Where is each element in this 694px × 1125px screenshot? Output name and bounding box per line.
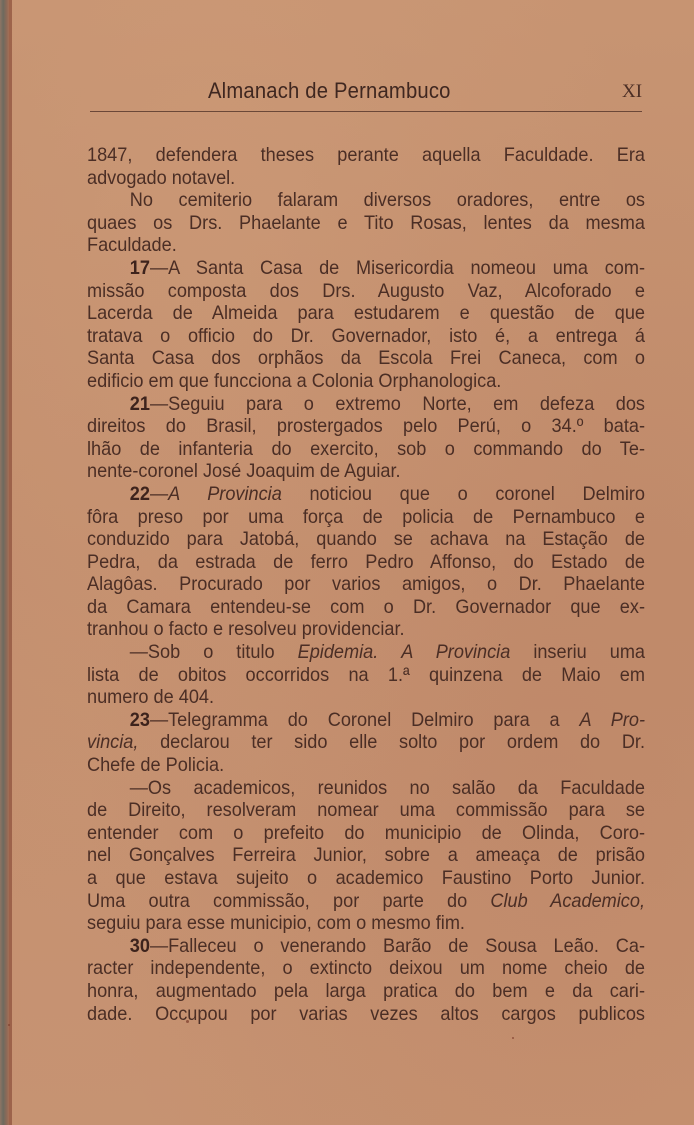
newspaper-title: A Provincia [401,641,510,663]
text-line: Alagôas. Procurado por varios amigos, o … [87,573,645,596]
entry-number: 23 [130,709,150,731]
newspaper-title: A Provincia [168,483,282,505]
book-binding-edge [0,0,9,1125]
text-line: —Os academicos, reunidos no salão da Fac… [87,777,645,800]
text-line: racter independente, o extincto deixou u… [87,957,645,980]
entry-17-first-line: 17—A Santa Casa de Misericordia nomeou u… [87,257,645,280]
text-line: Faculdade. [87,234,645,257]
club-name: Club Academico, [490,890,645,912]
text-line: Chefe de Policia. [87,754,645,777]
text-line: entender com o prefeito do municipio de … [87,822,645,845]
text-line: a que estava sujeito o academico Faustin… [87,867,645,890]
text-line: honra, augmentado pela larga pratica do … [87,980,645,1003]
text-line: conduzido para Jatobá, quando se achava … [87,528,645,551]
page-header: Almanach de Pernambuco XI [0,78,694,110]
text-line: No cemiterio falaram diversos oradores, … [87,189,645,212]
text-line: dade. Occupou por varias vezes altos car… [87,1003,645,1026]
text-line: fôra preso por uma força de policia de P… [87,506,645,529]
entry-30-first-line: 30—Falleceu o venerando Barão de Sousa L… [87,935,645,958]
entry-number: 17 [130,257,150,279]
text-line: missão composta dos Drs. Augusto Vaz, Al… [87,280,645,303]
text-line: Santa Casa dos orphãos da Escola Frei Ca… [87,347,645,370]
text-line: 1847, defendera theses perante aquella F… [87,144,645,167]
entry-number: 21 [130,393,150,415]
entry-number: 22 [130,483,150,505]
page-body: 1847, defendera theses perante aquella F… [87,144,645,1025]
text-line: edificio em que funcciona a Colonia Orph… [87,370,645,393]
paper-speck [512,1037,514,1039]
paper-speck [8,1024,10,1026]
epidemia-first-line: —Sob o titulo Epidemia. A Provincia inse… [87,641,645,664]
text-line: direitos do Brasil, prostergados pelo Pe… [87,415,645,438]
text-line: quaes os Drs. Phaelante e Tito Rosas, le… [87,212,645,235]
entry-number: 30 [130,935,150,957]
running-title: Almanach de Pernambuco [208,78,451,104]
header-rule [90,111,642,112]
text-line: Lacerda de Almeida para estudarem e ques… [87,302,645,325]
binding-shadow [9,0,12,1125]
entry-21-first-line: 21—Seguiu para o extremo Norte, em defez… [87,393,645,416]
text-line: advogado notavel. [87,167,645,190]
text-line: Uma outra commissão, por parte do Club A… [87,890,645,913]
text-line: da Camara entendeu-se com o Dr. Governad… [87,596,645,619]
paper-speck [186,1020,189,1023]
text-line: tratava o officio do Dr. Governador, ist… [87,325,645,348]
text-line: nente-coronel José Joaquim de Aguiar. [87,460,645,483]
text-line: de Direito, resolveram nomear uma commis… [87,799,645,822]
text-line: numero de 404. [87,686,645,709]
text-line: lhão de infanteria do exercito, sob o co… [87,438,645,461]
text-line: lista de obitos occorridos na 1.ª quinze… [87,664,645,687]
text-line: vincia, declarou ter sido elle solto por… [87,731,645,754]
entry-23-first-line: 23—Telegramma do Coronel Delmiro para a … [87,709,645,732]
entry-22-first-line: 22—A Provincia noticiou que o coronel De… [87,483,645,506]
text-line: nel Gonçalves Ferreira Junior, sobre a a… [87,844,645,867]
newspaper-title: A Pro- [579,709,645,731]
page-number: XI [622,81,642,103]
text-line: tranhou o facto e resolveu providenciar. [87,618,645,641]
text-line: Pedra, da estrada de ferro Pedro Affonso… [87,551,645,574]
text-line: seguiu para esse municipio, com o mesmo … [87,912,645,935]
